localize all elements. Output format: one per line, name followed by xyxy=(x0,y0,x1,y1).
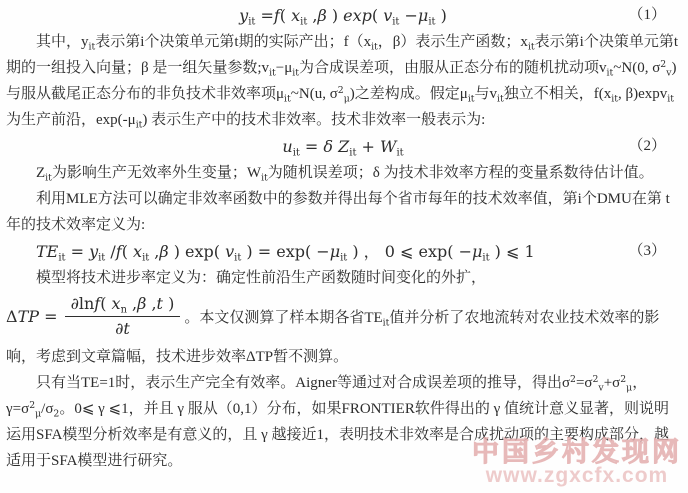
formula-1: yit =f( xit ,β ) exp( vit −μit ) （1） xyxy=(6,2,680,29)
formula-3: TEit = yit /f( xit ,β ) exp( vit ) = exp… xyxy=(6,238,680,265)
tp-lead: ΔTP = xyxy=(6,307,63,326)
paragraph-variables-explanation: Zit为影响生产无效率外生变量；Wit为随机误差项；δ 为技术非效率方程的变量系… xyxy=(6,160,680,186)
document-page: yit =f( xit ,β ) exp( vit −μit ) （1） 其中，… xyxy=(0,0,688,493)
tp-fraction: ∂lnf( xn ,β ,t )∂t xyxy=(65,293,181,340)
formula-1-expression: yit =f( xit ,β ) exp( vit −μit ) xyxy=(239,6,447,25)
formula-2: uit = δ Zit + Wit （2） xyxy=(6,133,680,160)
paragraph-mle-method: 利用MLE方法可以确定非效率函数中的参数并得出每个省市每年的技术效率值，第i个D… xyxy=(6,186,680,238)
paragraph-technical-progress-definition: 模型将技术进步率定义为：确定性前沿生产函数随时间变化的外扩， xyxy=(6,265,680,291)
formula-3-number: （3） xyxy=(628,238,666,265)
paragraph-gamma-explanation: 只有当TE=1时，表示生产完全有效率。Aigner等通过对合成误差项的推导，得出… xyxy=(6,370,680,474)
paragraph-tp-formula: ΔTP = ∂lnf( xn ,β ,t )∂t。本文仅测算了样本期各省TEit… xyxy=(6,293,680,370)
tp-fraction-denominator: ∂t xyxy=(65,317,181,340)
formula-1-number: （1） xyxy=(628,2,666,29)
paragraph-model-explanation: 其中，yit表示第i个决策单元第t期的实际产出；f（xit，β）表示生产函数；x… xyxy=(6,29,680,133)
formula-3-expression: TEit = yit /f( xit ,β ) exp( vit ) = exp… xyxy=(36,242,535,261)
tp-fraction-numerator: ∂lnf( xn ,β ,t ) xyxy=(65,293,181,317)
formula-2-number: （2） xyxy=(628,133,666,160)
formula-2-expression: uit = δ Zit + Wit xyxy=(282,137,403,156)
